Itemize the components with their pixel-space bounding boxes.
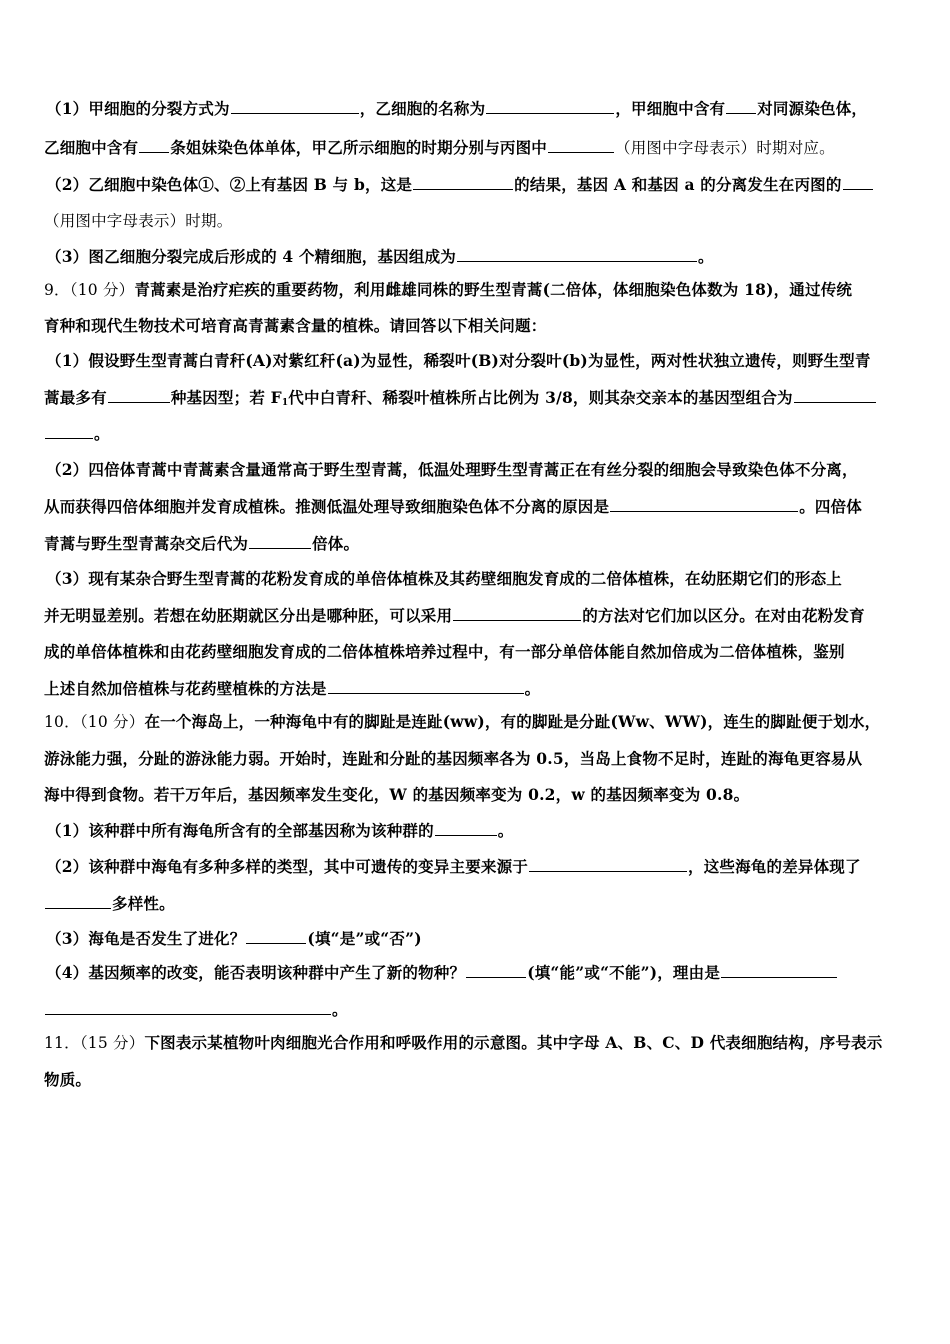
text: 四倍体青蒿中青蒿素含量通常高于野生型青蒿，低温处理野生型青蒿正在有丝分裂的细胞会…: [88, 460, 857, 479]
text: 海龟是否发生了进化？: [88, 929, 245, 948]
q9-part1-line1: （1）假设野生型青蒿白青秆(A)对紫红秆(a)为显性，稀裂叶(B)对分裂叶(b)…: [46, 351, 871, 371]
answer-blank[interactable]: [457, 246, 697, 262]
answer-blank[interactable]: [794, 387, 876, 403]
text: 。: [498, 821, 514, 840]
part-label: （2）: [46, 175, 88, 194]
q10-stem-line3: 海中得到食物。若干万年后，基因频率发生变化，W 的基因频率变为 0.2，w 的基…: [44, 785, 749, 805]
text: 上述自然加倍植株与花药壁植株的方法是: [44, 679, 327, 698]
text: 该种群中海龟有多种多样的类型，其中可遗传的变异主要来源于: [88, 857, 528, 876]
answer-blank[interactable]: [486, 98, 614, 114]
text: 。: [332, 1000, 348, 1019]
text: 。: [94, 424, 110, 443]
text: 基因频率的改变，能否表明该种群中产生了新的物种？: [88, 963, 465, 982]
q10-stem-line1: 10．（10 分）在一个海岛上，一种海龟中有的脚趾是连趾(ww)，有的脚趾是分趾…: [44, 712, 880, 732]
q10-stem-line2: 游泳能力强，分趾的游泳能力弱。开始时，连趾和分趾的基因频率各为 0.5，当岛上食…: [44, 749, 862, 769]
answer-blank[interactable]: [139, 137, 169, 153]
answer-blank[interactable]: [843, 174, 873, 190]
text: 。: [698, 247, 714, 266]
text: 物质。: [44, 1070, 91, 1089]
text: 青蒿素是治疗疟疾的重要药物，利用雌雄同株的野生型青蒿(二倍体，体细胞染色体数为 …: [134, 280, 852, 299]
text: ，这些海龟的差异体现了: [688, 857, 861, 876]
answer-blank[interactable]: [249, 533, 311, 549]
question-score: （10 分）: [70, 281, 135, 299]
q8-part2-line2: （用图中字母表示）时期。: [44, 211, 232, 231]
text: 该种群中所有海龟所含有的全部基因称为该种群的: [88, 821, 433, 840]
text: 的方法对它们加以区分。在对由花粉发育: [582, 606, 865, 625]
q10-part4-line1: （4）基因频率的改变，能否表明该种群中产生了新的物种？(填“能”或“不能”)，理…: [46, 962, 838, 983]
part-label: （2）: [46, 460, 88, 479]
text: 从而获得四倍体细胞并发育成植株。推测低温处理导致细胞染色体不分离的原因是: [44, 497, 609, 516]
text: (填“是”或“否”): [307, 929, 421, 948]
q9-part2-line2: 从而获得四倍体细胞并发育成植株。推测低温处理导致细胞染色体不分离的原因是。四倍体: [44, 496, 862, 517]
text: 现有某杂合野生型青蒿的花粉发育成的单倍体植株及其药壁细胞发育成的二倍体植株，在幼…: [88, 569, 842, 588]
text: 种基因型；若 F: [171, 388, 282, 407]
text: 在一个海岛上，一种海龟中有的脚趾是连趾(ww)，有的脚趾是分趾(Ww、WW)，连…: [144, 712, 880, 731]
q9-stem-line2: 育种和现代生物技术可培育高青蒿素含量的植株。请回答以下相关问题：: [44, 316, 546, 336]
question-number: 11．: [44, 1034, 80, 1052]
q9-part3-line4: 上述自然加倍植株与花药壁植株的方法是。: [44, 678, 540, 699]
text: 海中得到食物。若干万年后，基因频率发生变化，W 的基因频率变为 0.2，w 的基…: [44, 785, 749, 804]
text: 游泳能力强，分趾的游泳能力弱。开始时，连趾和分趾的基因频率各为 0.5，当岛上食…: [44, 749, 862, 768]
text: ，乙细胞的名称为: [360, 99, 486, 118]
text: 育种和现代生物技术可培育高青蒿素含量的植株。请回答以下相关问题：: [44, 316, 546, 335]
answer-blank[interactable]: [328, 678, 524, 694]
part-label: （3）: [46, 569, 88, 588]
text: 甲细胞的分裂方式为: [88, 99, 229, 118]
text: 假设野生型青蒿白青秆(A)对紫红秆(a)为显性，稀裂叶(B)对分裂叶(b)为显性…: [88, 351, 870, 370]
part-label: （1）: [46, 821, 88, 840]
text: 条姐妹染色体单体，甲乙所示细胞的时期分别与丙图中: [170, 138, 547, 157]
q11-stem-line2: 物质。: [44, 1070, 91, 1090]
text: 成的单倍体植株和由花药壁细胞发育成的二倍体植株培养过程中，有一部分单倍体能自然加…: [44, 642, 845, 661]
answer-blank[interactable]: [610, 496, 798, 512]
text: 多样性。: [112, 894, 175, 913]
answer-blank[interactable]: [246, 928, 306, 944]
question-score: （10 分）: [80, 713, 145, 731]
text: 代中白青秆、稀裂叶植株所占比例为 3/8，则其杂交亲本的基因型组合为: [288, 388, 792, 407]
q9-part3-line2: 并无明显差别。若想在幼胚期就区分出是哪种胚，可以采用的方法对它们加以区分。在对由…: [44, 605, 865, 626]
text: 乙细胞中染色体①、②上有基因 B 与 b，这是: [88, 175, 412, 194]
answer-blank[interactable]: [466, 962, 526, 978]
q11-stem-line1: 11．（15 分）下图表示某植物叶肉细胞光合作用和呼吸作用的示意图。其中字母 A…: [44, 1033, 882, 1053]
text: 蒿最多有: [44, 388, 107, 407]
part-label: （4）: [46, 963, 88, 982]
answer-blank[interactable]: [45, 999, 331, 1015]
text: 对同源染色体，: [757, 99, 867, 118]
text: （用图中字母表示）时期。: [44, 212, 232, 230]
answer-blank[interactable]: [548, 137, 614, 153]
text: 青蒿与野生型青蒿杂交后代为: [44, 534, 248, 553]
part-label: （1）: [46, 99, 88, 118]
text: （用图中字母表示）时期对应。: [615, 139, 835, 157]
q9-part3-line3: 成的单倍体植株和由花药壁细胞发育成的二倍体植株培养过程中，有一部分单倍体能自然加…: [44, 642, 845, 662]
text: 下图表示某植物叶肉细胞光合作用和呼吸作用的示意图。其中字母 A、B、C、D 代表…: [144, 1033, 882, 1052]
question-number: 9．: [44, 281, 70, 299]
q9-stem-line1: 9．（10 分）青蒿素是治疗疟疾的重要药物，利用雌雄同株的野生型青蒿(二倍体，体…: [44, 280, 852, 300]
q8-part1-line1: （1）甲细胞的分裂方式为，乙细胞的名称为，甲细胞中含有对同源染色体，: [46, 98, 867, 119]
text: 倍体。: [312, 534, 359, 553]
q8-part2-line1: （2）乙细胞中染色体①、②上有基因 B 与 b，这是的结果，基因 A 和基因 a…: [46, 174, 874, 195]
part-label: （2）: [46, 857, 88, 876]
part-label: （1）: [46, 351, 88, 370]
text: (填“能”或“不能”)，理由是: [527, 963, 720, 982]
answer-blank[interactable]: [45, 423, 93, 439]
text: ，甲细胞中含有: [615, 99, 725, 118]
q10-part2-line2: 多样性。: [44, 893, 175, 914]
q9-part2-line1: （2）四倍体青蒿中青蒿素含量通常高于野生型青蒿，低温处理野生型青蒿正在有丝分裂的…: [46, 460, 858, 480]
text: 乙细胞中含有: [44, 138, 138, 157]
q9-part2-line3: 青蒿与野生型青蒿杂交后代为倍体。: [44, 533, 359, 554]
q9-part3-line1: （3）现有某杂合野生型青蒿的花粉发育成的单倍体植株及其药壁细胞发育成的二倍体植株…: [46, 569, 842, 589]
question-score: （15 分）: [80, 1034, 145, 1052]
text: 。: [525, 679, 541, 698]
answer-blank[interactable]: [453, 605, 581, 621]
text: 并无明显差别。若想在幼胚期就区分出是哪种胚，可以采用: [44, 606, 452, 625]
answer-blank[interactable]: [435, 820, 497, 836]
part-label: （3）: [46, 247, 88, 266]
question-number: 10．: [44, 713, 80, 731]
q8-part3: （3）图乙细胞分裂完成后形成的 4 个精细胞，基因组成为。: [46, 246, 714, 267]
text: 图乙细胞分裂完成后形成的 4 个精细胞，基因组成为: [88, 247, 456, 266]
q9-part1-line3: 。: [44, 423, 110, 444]
answer-blank[interactable]: [721, 962, 837, 978]
q8-part1-line2: 乙细胞中含有条姐妹染色体单体，甲乙所示细胞的时期分别与丙图中（用图中字母表示）时…: [44, 137, 835, 158]
text: 。四倍体: [799, 497, 862, 516]
text: 的结果，基因 A 和基因 a 的分离发生在丙图的: [514, 175, 841, 194]
q9-part1-line2: 蒿最多有种基因型；若 F1代中白青秆、稀裂叶植株所占比例为 3/8，则其杂交亲本…: [44, 387, 877, 413]
answer-blank[interactable]: [413, 174, 513, 190]
answer-blank[interactable]: [726, 98, 756, 114]
q10-part3: （3）海龟是否发生了进化？(填“是”或“否”): [46, 928, 422, 949]
answer-blank[interactable]: [45, 893, 111, 909]
q10-part4-line2: 。: [44, 999, 348, 1020]
q10-part2-line1: （2）该种群中海龟有多种多样的类型，其中可遗传的变异主要来源于，这些海龟的差异体…: [46, 856, 861, 877]
q10-part1: （1）该种群中所有海龟所含有的全部基因称为该种群的。: [46, 820, 514, 841]
answer-blank[interactable]: [108, 387, 170, 403]
answer-blank[interactable]: [231, 98, 359, 114]
part-label: （3）: [46, 929, 88, 948]
answer-blank[interactable]: [529, 856, 687, 872]
